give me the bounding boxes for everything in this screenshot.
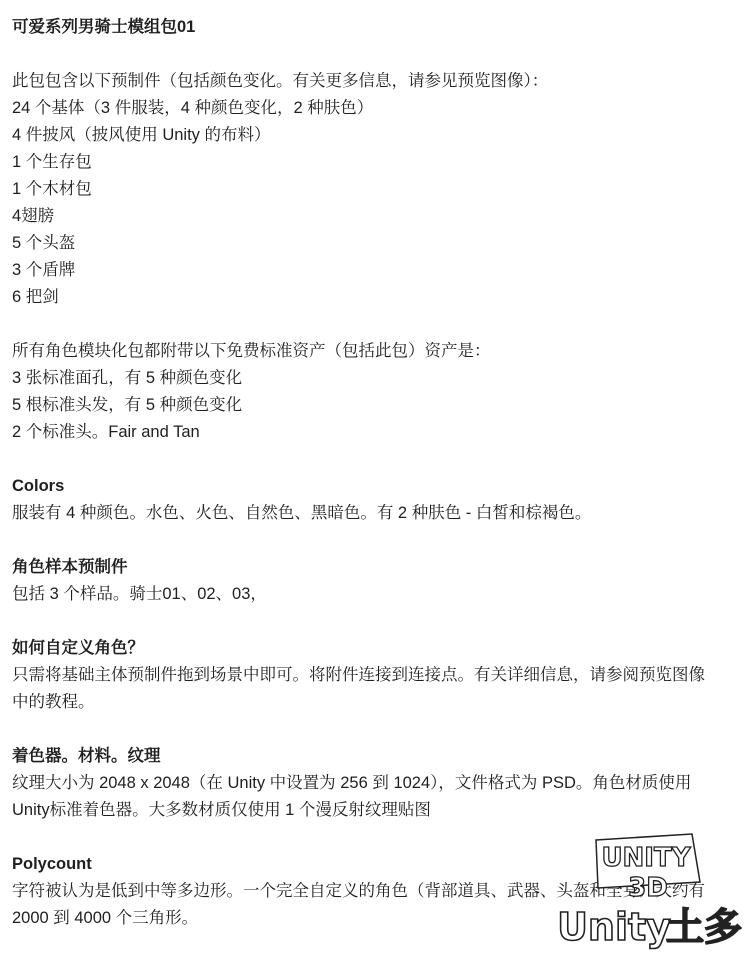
watermark-mid-text: 3D (628, 873, 668, 903)
list-item: 4 件披风（披风使用 Unity 的布料） (12, 122, 737, 149)
list-item: 1 个生存包 (12, 149, 737, 176)
spacer (12, 446, 737, 473)
list-item: 6 把剑 (12, 284, 737, 311)
spacer (12, 311, 737, 338)
watermark-bottom-text: Unity (557, 905, 671, 949)
list-item: 3 个盾牌 (12, 257, 737, 284)
section-heading-sample-prefabs: 角色样本预制件 (12, 554, 737, 581)
watermark-top-text: UNITY (601, 843, 691, 873)
section-body-sample-prefabs: 包括 3 个样品。骑士01、02、03， (12, 581, 737, 608)
list-item: 2 个标准头。Fair and Tan (12, 419, 737, 446)
list-item: 4翅膀 (12, 203, 737, 230)
spacer (12, 716, 737, 743)
spacer (12, 41, 737, 68)
watermark-cn-text: 土多 (666, 905, 742, 949)
intro-lead: 此包包含以下预制件（包括颜色变化。有关更多信息，请参见预览图像）： (12, 68, 737, 95)
section-body-colors: 服装有 4 种颜色。水色、火色、自然色、黑暗色。有 2 种肤色 - 白皙和棕褐色… (12, 500, 737, 527)
page-title: 可爱系列男骑士模组包01 (12, 14, 737, 41)
watermark-logo: UNITY 3D Unity 土多 (552, 832, 742, 952)
list-item: 5 个头盔 (12, 230, 737, 257)
list-item: 3 张标准面孔，有 5 种颜色变化 (12, 365, 737, 392)
spacer (12, 527, 737, 554)
list-item: 24 个基体（3 件服装，4 种颜色变化，2 种肤色） (12, 95, 737, 122)
section-heading-colors: Colors (12, 473, 737, 500)
list-item: 1 个木材包 (12, 176, 737, 203)
spacer (12, 608, 737, 635)
section-heading-shaders: 着色器。材料。纹理 (12, 743, 737, 770)
free-assets-lead: 所有角色模块化包都附带以下免费标准资产（包括此包）资产是： (12, 338, 737, 365)
section-heading-customize: 如何自定义角色？ (12, 635, 737, 662)
list-item: 5 根标准头发，有 5 种颜色变化 (12, 392, 737, 419)
unity3d-logo-icon: UNITY 3D Unity 土多 (552, 832, 742, 952)
document-body: 可爱系列男骑士模组包01 此包包含以下预制件（包括颜色变化。有关更多信息，请参见… (12, 14, 737, 932)
section-body-customize: 只需将基础主体预制件拖到场景中即可。将附件连接到连接点。有关详细信息，请参阅预览… (12, 662, 712, 716)
section-body-shaders: 纹理大小为 2048 x 2048（在 Unity 中设置为 256 到 102… (12, 770, 712, 824)
